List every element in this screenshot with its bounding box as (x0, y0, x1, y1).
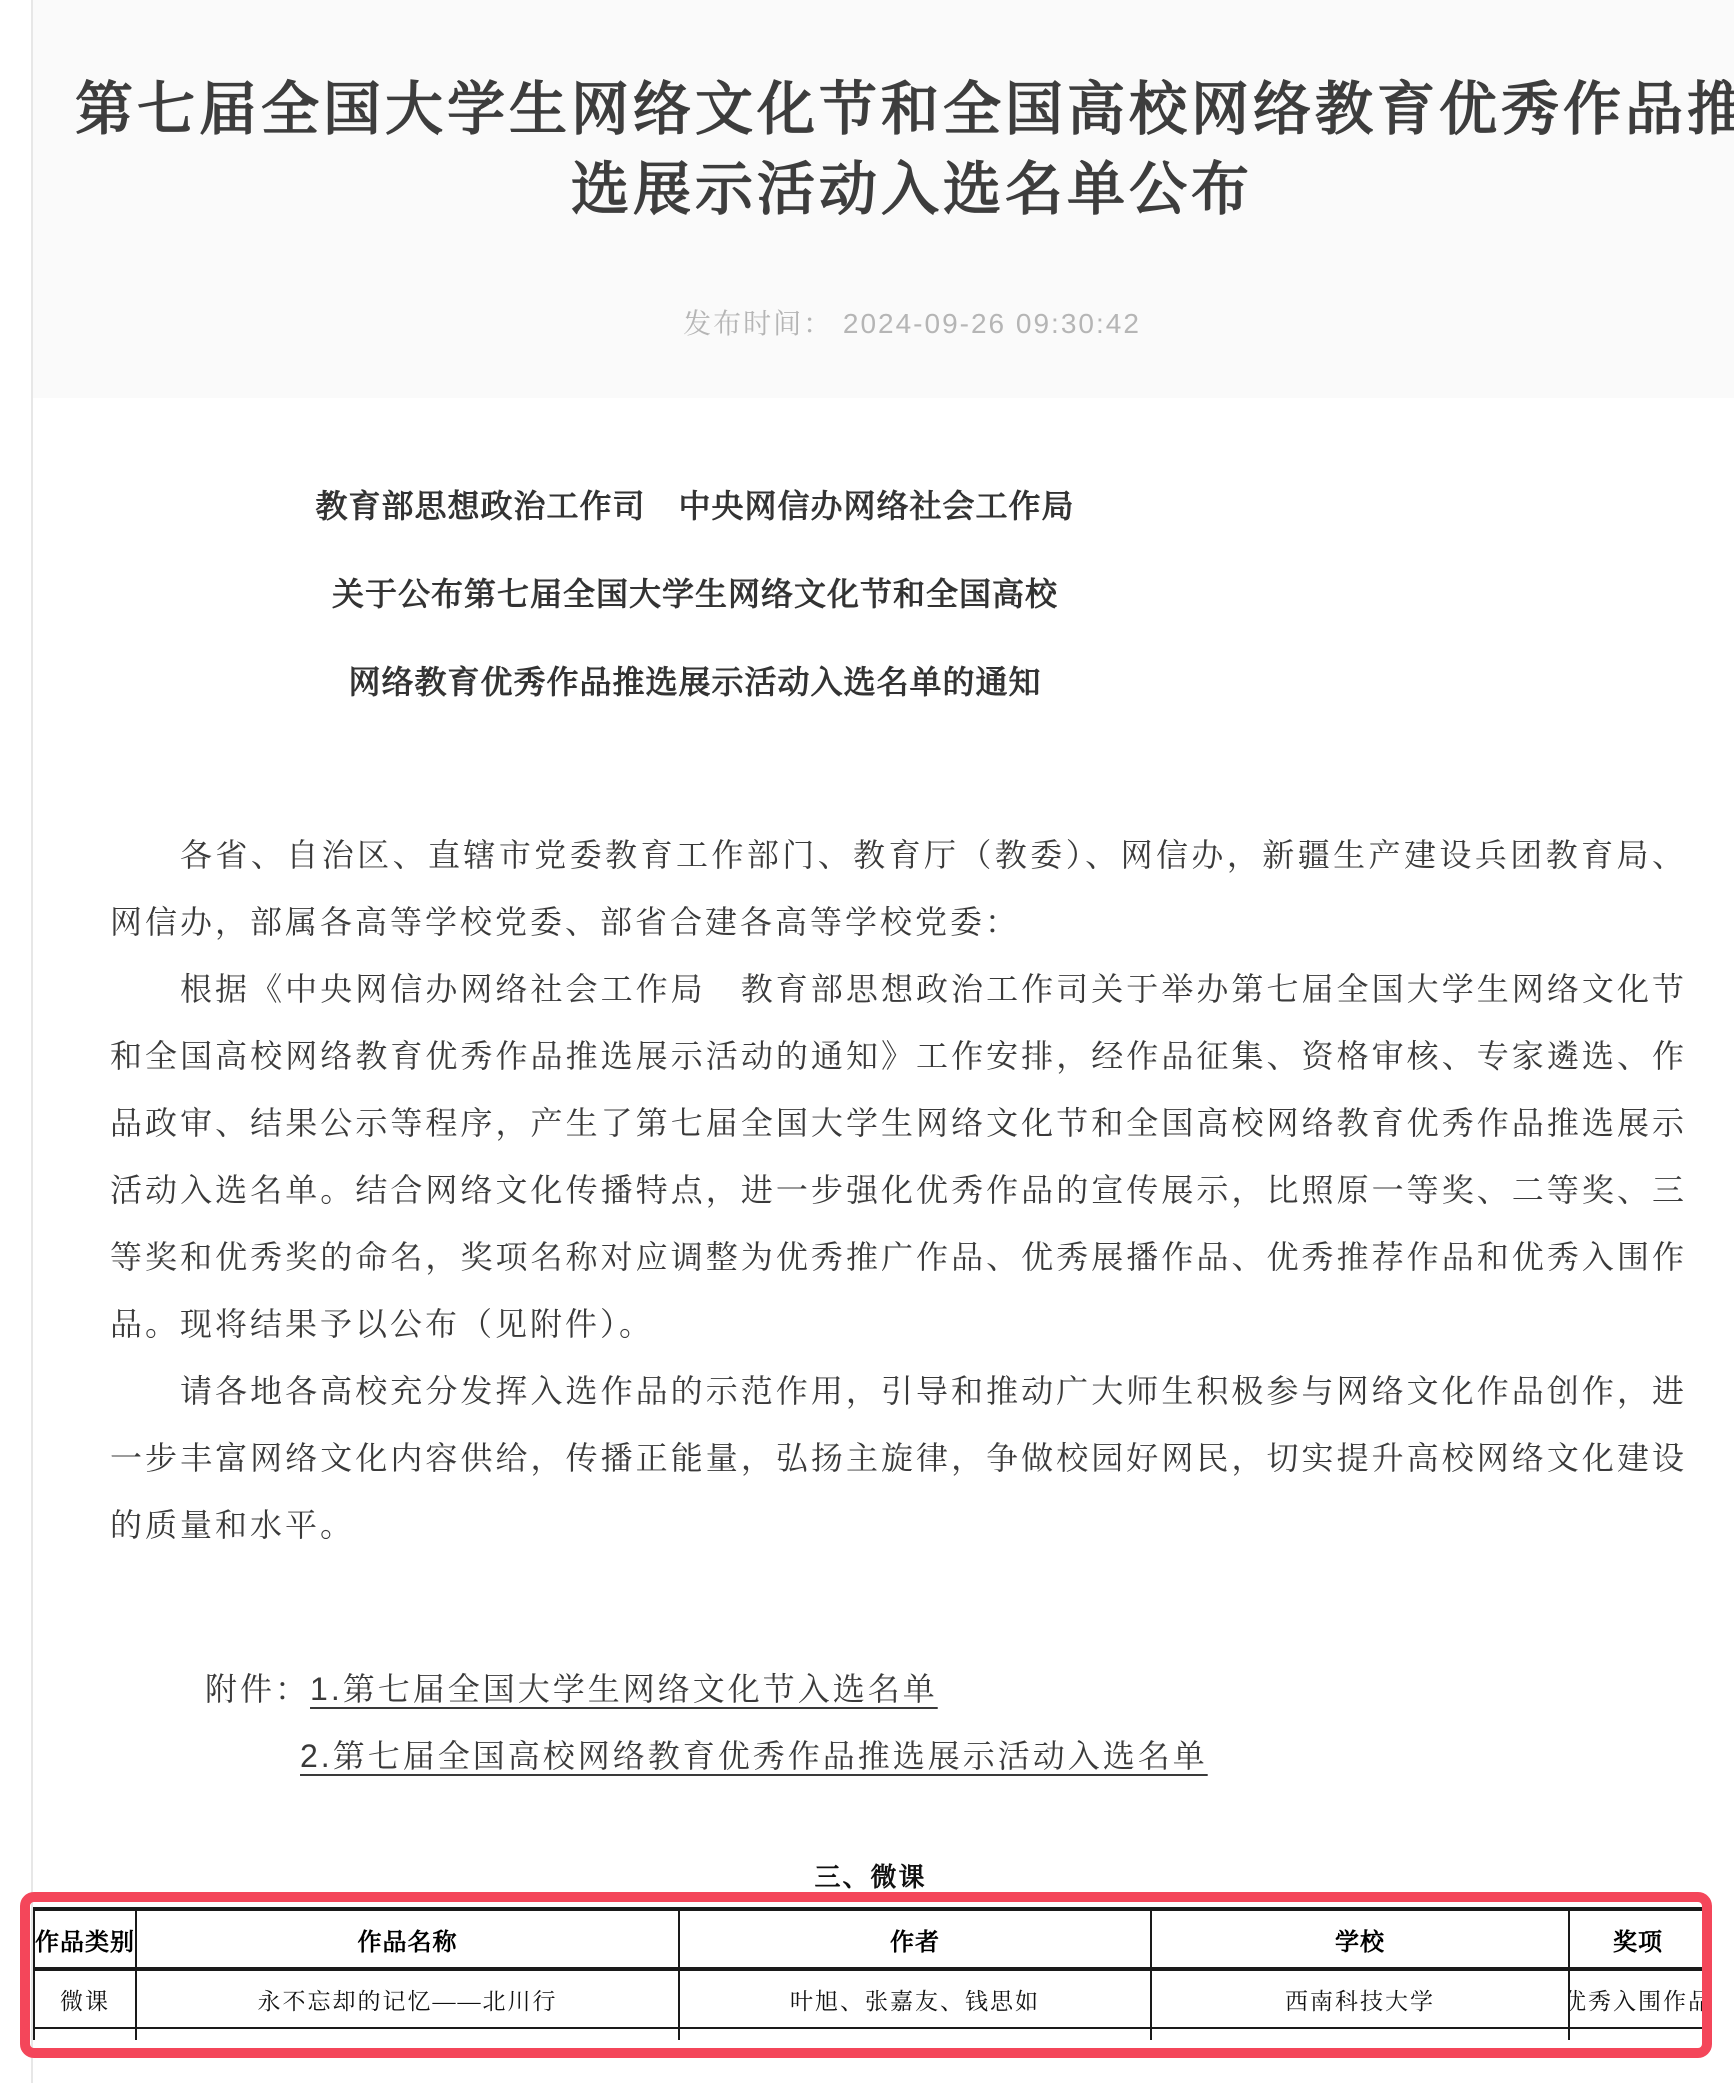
page-title: 第七届全国大学生网络文化节和全国高校网络教育优秀作品推 选展示活动入选名单公布 (32, 70, 1734, 230)
table-header-row: 作品类别 作品名称 作者 学校 奖项 (35, 1911, 1706, 1967)
attachment-line-2: 2.第七届全国高校网络教育优秀作品推选展示活动入选名单 (110, 1723, 1687, 1790)
attachment-link-1[interactable]: 1.第七届全国大学生网络文化节入选名单 (310, 1671, 938, 1707)
page-title-line2: 选展示活动入选名单公布 (32, 150, 1734, 230)
notice-heading-line3: 网络教育优秀作品推选展示活动入选名单的通知 (110, 638, 1280, 726)
table-clipped-next-row (35, 2029, 1706, 2040)
attachment-link-2[interactable]: 2.第七届全国高校网络教育优秀作品推选展示活动入选名单 (300, 1738, 1208, 1774)
page-title-line1: 第七届全国大学生网络文化节和全国高校网络教育优秀作品推 (32, 70, 1734, 150)
attachments-block: 附件：1.第七届全国大学生网络文化节入选名单 2.第七届全国高校网络教育优秀作品… (110, 1656, 1687, 1790)
notice-heading-line1: 教育部思想政治工作司 中央网信办网络社会工作局 (110, 462, 1280, 550)
cell-author: 叶旭、张嘉友、钱思如 (678, 1971, 1150, 2027)
header-cell-school: 学校 (1150, 1911, 1568, 1967)
header-cell-work-title: 作品名称 (135, 1911, 678, 1967)
notice-heading: 教育部思想政治工作司 中央网信办网络社会工作局 关于公布第七届全国大学生网络文化… (110, 462, 1280, 726)
cell-work-title: 永不忘却的记忆——北川行 (135, 1971, 678, 2027)
publish-time: 发布时间： 2024-09-26 09:30:42 (32, 302, 1734, 342)
attachment-line-1: 附件：1.第七届全国大学生网络文化节入选名单 (110, 1656, 1687, 1723)
notice-heading-line2: 关于公布第七届全国大学生网络文化节和全国高校 (110, 550, 1280, 638)
notice-paragraph-1: 各省、自治区、直辖市党委教育工作部门、教育厅（教委）、网信办，新疆生产建设兵团教… (110, 822, 1687, 956)
cell-category: 微课 (35, 1971, 135, 2027)
attachment-label: 附件： (205, 1671, 310, 1707)
notice-paragraph-2: 根据《中央网信办网络社会工作局 教育部思想政治工作司关于举办第七届全国大学生网络… (110, 956, 1687, 1358)
header-cell-author: 作者 (678, 1911, 1150, 1967)
table-row: 微课 永不忘却的记忆——北川行 叶旭、张嘉友、钱思如 西南科技大学 优秀入围作品 (35, 1971, 1706, 2029)
cell-award: 优秀入围作品 (1568, 1971, 1706, 2027)
header-cell-award: 奖项 (1568, 1911, 1706, 1967)
results-table: 作品类别 作品名称 作者 学校 奖项 微课 永不忘却的记忆——北川行 叶旭、张嘉… (33, 1907, 1708, 2040)
notice-body: 各省、自治区、直辖市党委教育工作部门、教育厅（教委）、网信办，新疆生产建设兵团教… (110, 822, 1687, 1559)
cell-school: 西南科技大学 (1150, 1971, 1568, 2027)
section-title-weike: 三、微课 (33, 1857, 1708, 1894)
notice-paragraph-3: 请各地各高校充分发挥入选作品的示范作用，引导和推动广大师生积极参与网络文化作品创… (110, 1358, 1687, 1559)
header-cell-category: 作品类别 (35, 1911, 135, 1967)
